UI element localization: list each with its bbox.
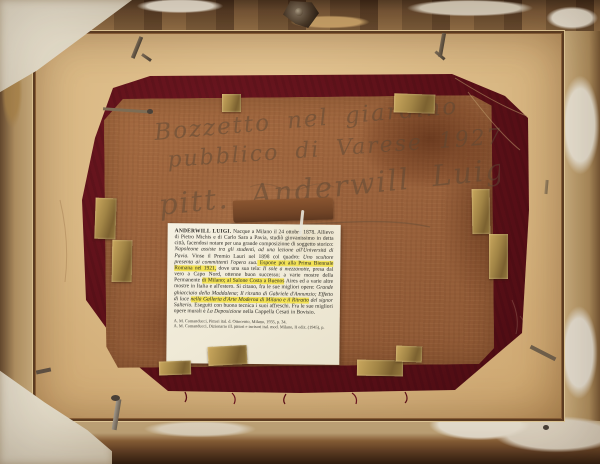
framed-painting-back-photo: Bozzetto nel giardino pubblico di Varese… bbox=[0, 0, 600, 464]
loose-threads bbox=[0, 0, 600, 464]
